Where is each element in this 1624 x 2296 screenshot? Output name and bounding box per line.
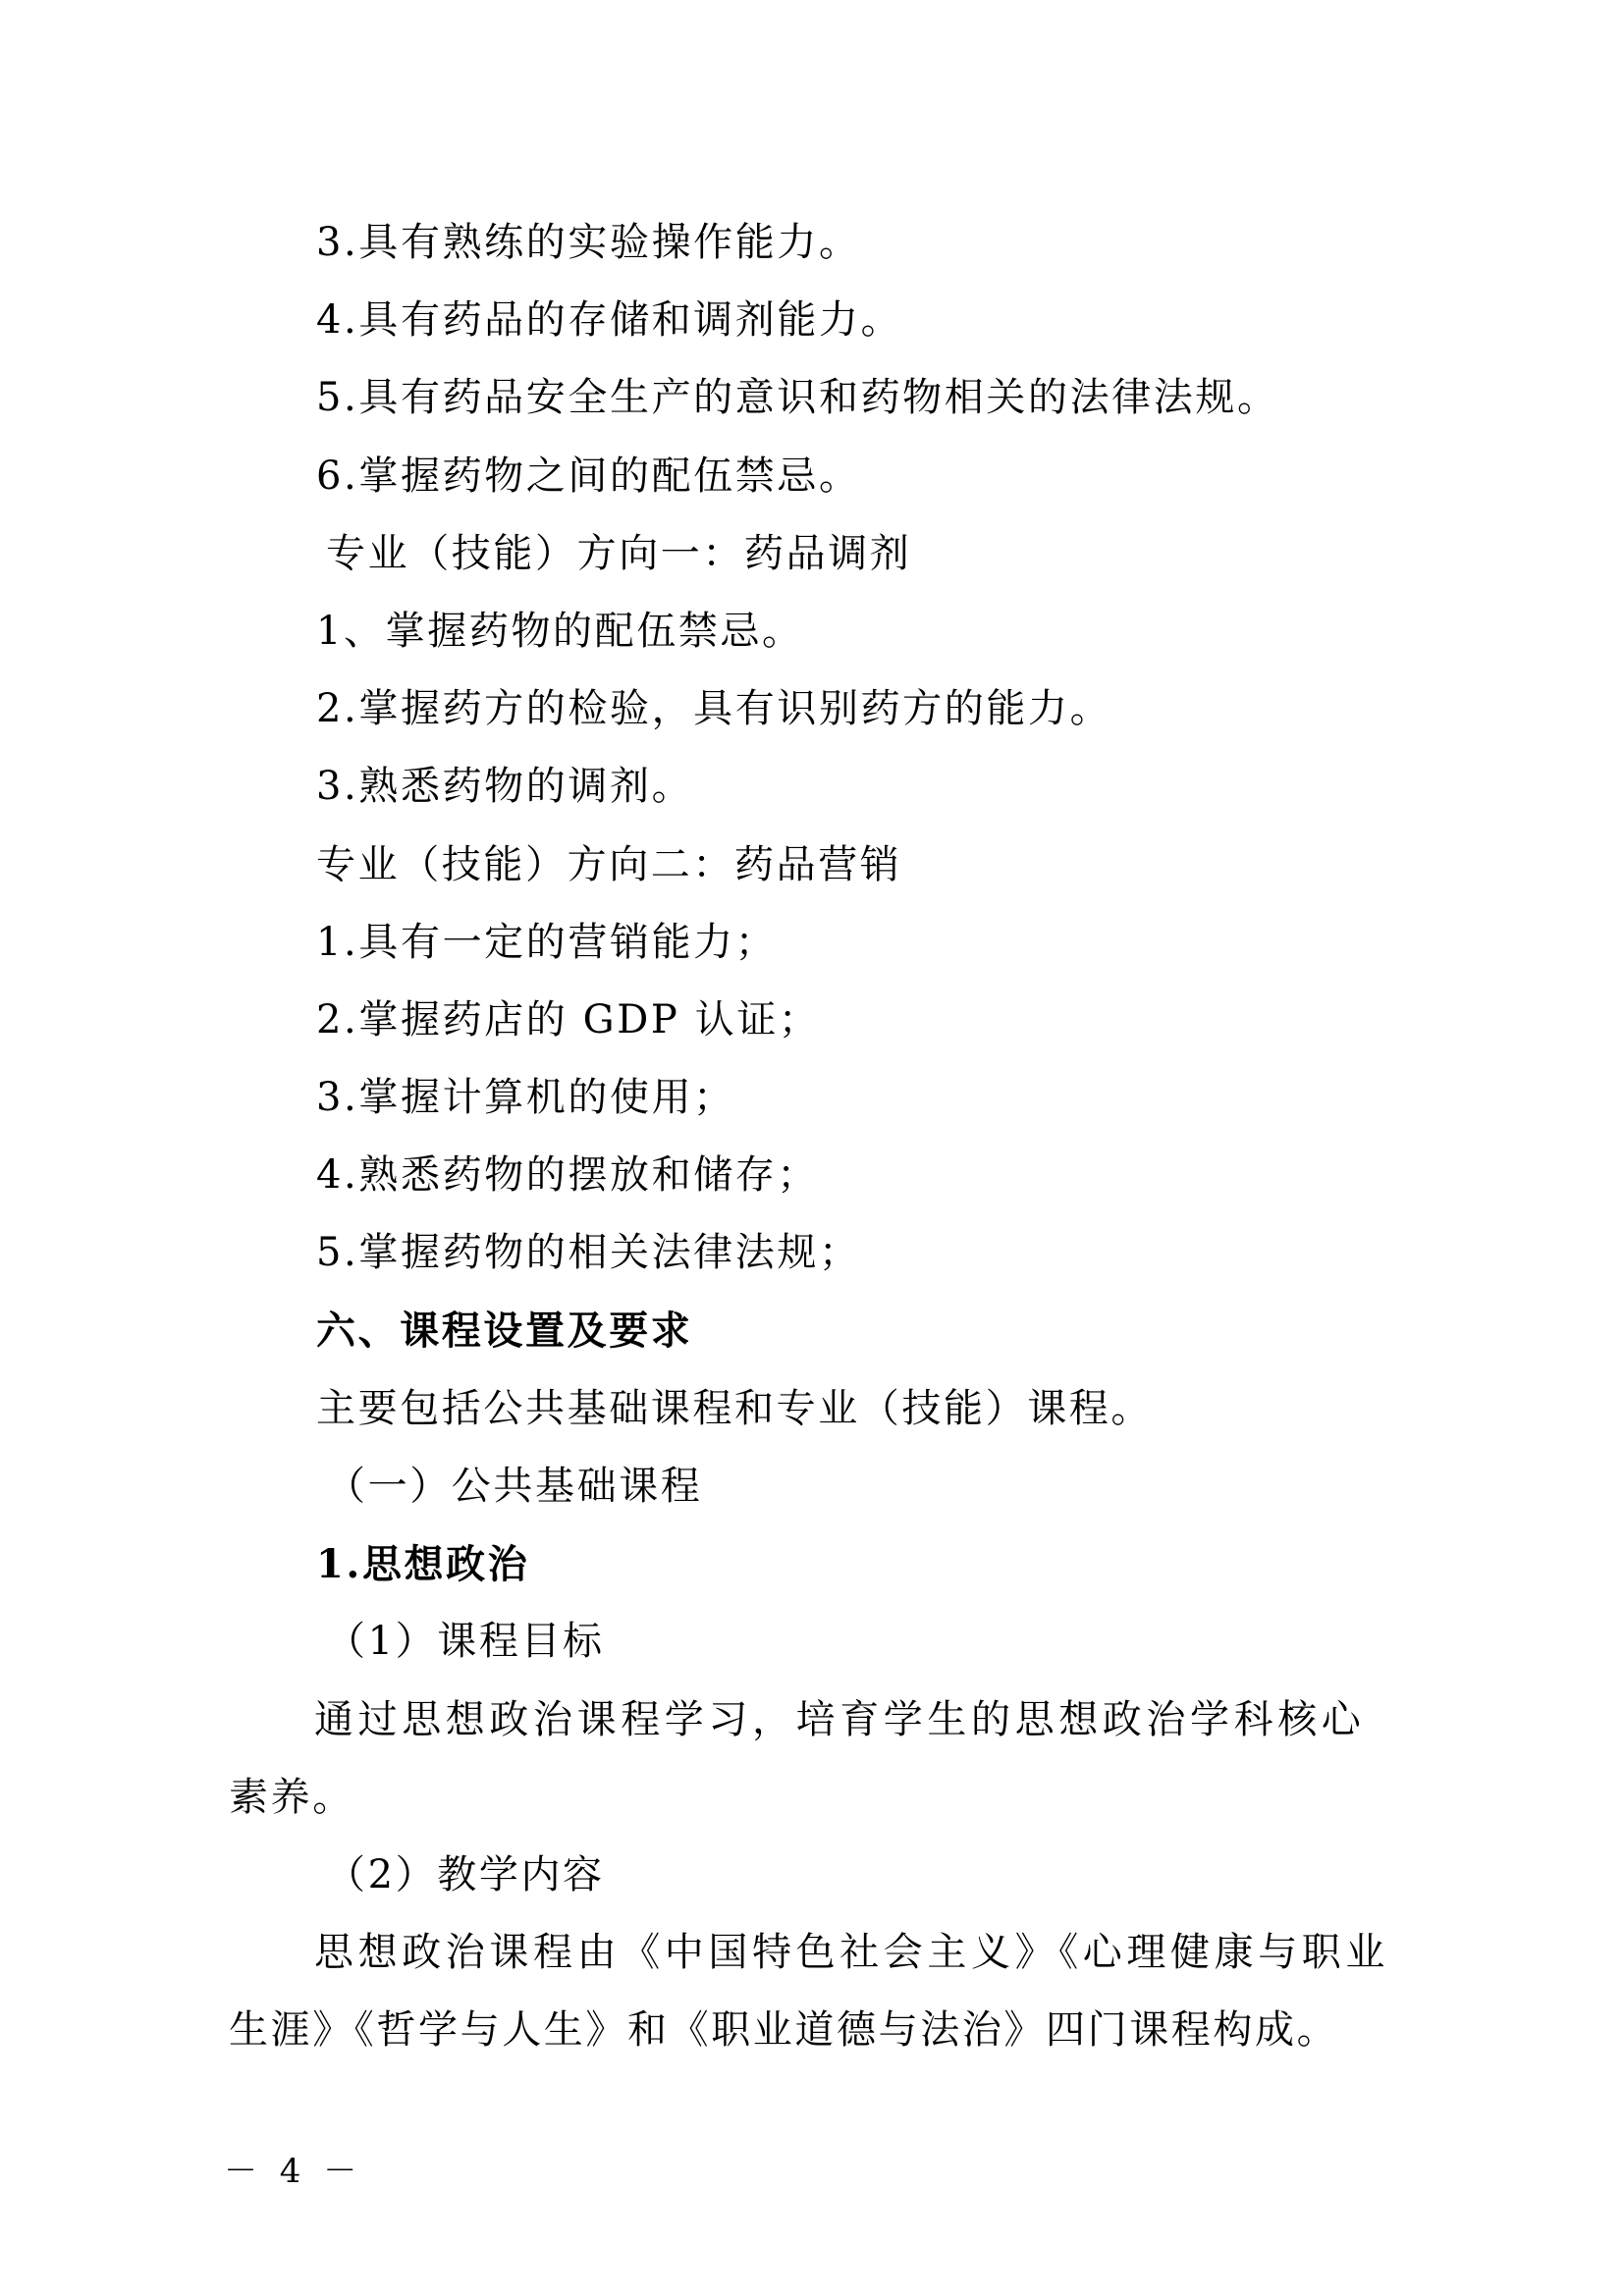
- direction-two-heading: 专业（技能）方向二：药品营销: [229, 827, 1387, 904]
- direction-two-item-3: 3.掌握计算机的使用；: [229, 1059, 1387, 1137]
- direction-one-heading: 专业（技能）方向一：药品调剂: [229, 515, 1387, 593]
- direction-two-item-5: 5.掌握药物的相关法律法规；: [229, 1214, 1387, 1292]
- course-goal-paragraph-line-1: 通过思想政治课程学习，培育学生的思想政治学科核心: [229, 1682, 1387, 1759]
- ability-item-5: 5.具有药品安全生产的意识和药物相关的法律法规。: [229, 359, 1387, 437]
- ability-item-6: 6.掌握药物之间的配伍禁忌。: [229, 438, 1387, 515]
- course-content-paragraph-line-2: 生涯》《哲学与人生》和《职业道德与法治》四门课程构成。: [229, 1992, 1387, 2069]
- document-page: 3.具有熟练的实验操作能力。 4.具有药品的存储和调剂能力。 5.具有药品安全生…: [0, 0, 1624, 2296]
- direction-two-item-2: 2.掌握药店的 GDP 认证；: [229, 982, 1387, 1059]
- ability-item-4: 4.具有药品的存储和调剂能力。: [229, 282, 1387, 359]
- course-goal-paragraph-line-2: 素养。: [229, 1759, 1387, 1837]
- course-heading-politics: 1.思想政治: [229, 1525, 1387, 1603]
- direction-two-item-4: 4.熟悉药物的摆放和储存；: [229, 1137, 1387, 1214]
- subsection-heading-public-courses: （一）公共基础课程: [229, 1448, 1387, 1525]
- direction-two-item-1: 1.具有一定的营销能力；: [229, 904, 1387, 982]
- section-heading-six: 六、课程设置及要求: [229, 1293, 1387, 1370]
- course-content-heading: （2）教学内容: [229, 1837, 1387, 1914]
- course-goal-heading: （1）课程目标: [229, 1603, 1387, 1681]
- direction-one-item-1: 1、掌握药物的配伍禁忌。: [229, 593, 1387, 670]
- ability-item-3: 3.具有熟练的实验操作能力。: [229, 204, 1387, 282]
- direction-one-item-3: 3.熟悉药物的调剂。: [229, 748, 1387, 826]
- page-number: － 4 －: [224, 2152, 362, 2191]
- document-body: 3.具有熟练的实验操作能力。 4.具有药品的存储和调剂能力。 5.具有药品安全生…: [229, 204, 1387, 2070]
- direction-one-item-2: 2.掌握药方的检验，具有识别药方的能力。: [229, 670, 1387, 748]
- section-intro: 主要包括公共基础课程和专业（技能）课程。: [229, 1370, 1387, 1448]
- course-content-paragraph-line-1: 思想政治课程由《中国特色社会主义》《心理健康与职业: [229, 1914, 1387, 1992]
